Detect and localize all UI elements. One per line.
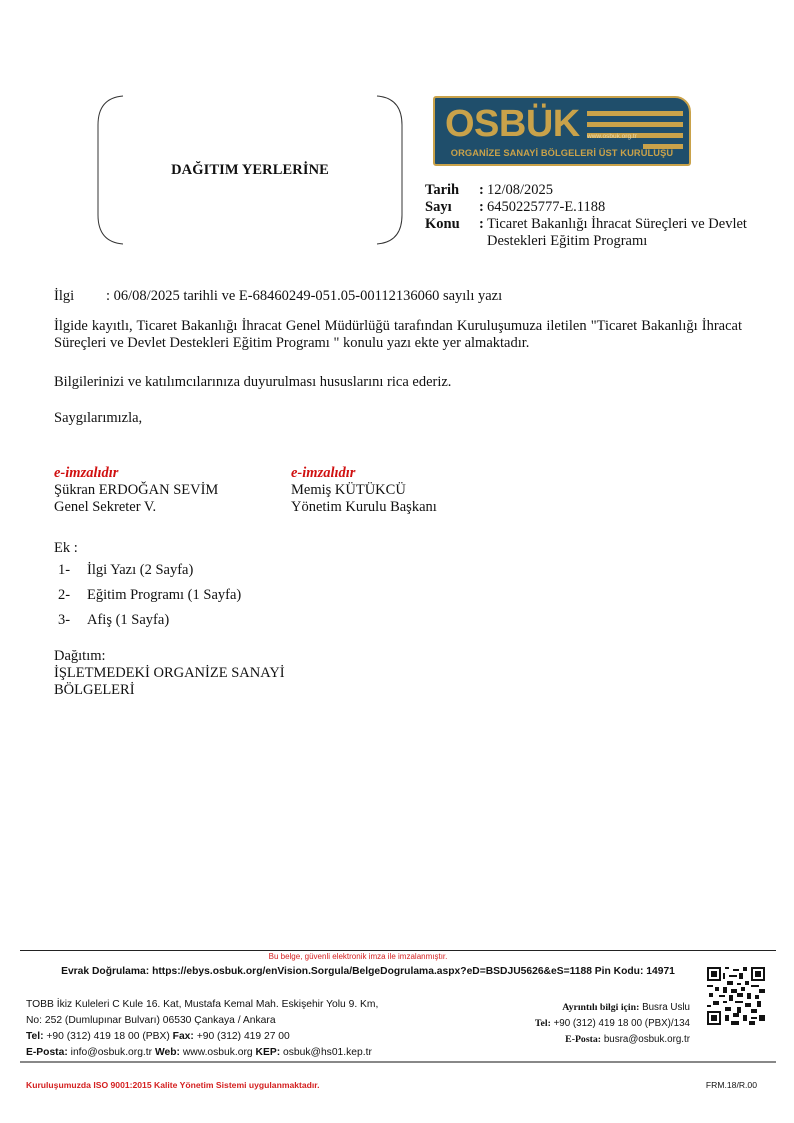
distribution-title: Dağıtım: bbox=[54, 648, 354, 665]
attachment-item: 2- Eğitim Programı (1 Sayfa) bbox=[54, 587, 241, 604]
attachments-title: Ek : bbox=[54, 540, 241, 557]
qr-code-icon bbox=[707, 967, 765, 1025]
attachment-item: 3- Afiş (1 Sayfa) bbox=[54, 612, 241, 629]
signer-title: Yönetim Kurulu Başkanı bbox=[291, 499, 528, 516]
meta-date: Tarih : 12/08/2025 bbox=[425, 182, 757, 199]
signer-name: Memiş KÜTÜKCÜ bbox=[291, 482, 528, 499]
contact-name: Busra Uslu bbox=[642, 1002, 690, 1013]
signer-title: Genel Sekreter V. bbox=[54, 499, 291, 516]
reference-label: İlgi bbox=[54, 288, 106, 305]
logo-url: www.osbuk.org.tr bbox=[587, 133, 637, 140]
attachments-list: Ek : 1- İlgi Yazı (2 Sayfa) 2- Eğitim Pr… bbox=[54, 540, 241, 637]
reference-value: : 06/08/2025 tarihli ve E-68460249-051.0… bbox=[106, 288, 502, 305]
reference-line: İlgi : 06/08/2025 tarihli ve E-68460249-… bbox=[54, 288, 742, 305]
document-meta: Tarih : 12/08/2025 Sayı : 6450225777-E.1… bbox=[425, 182, 757, 250]
attachment-item: 1- İlgi Yazı (2 Sayfa) bbox=[54, 562, 241, 579]
footer-address: TOBB İkiz Kuleleri C Kule 16. Kat, Musta… bbox=[26, 997, 378, 1061]
contact-tel: +90 (312) 419 18 00 (PBX)/134 bbox=[554, 1018, 690, 1029]
footer-phone-line: Tel: +90 (312) 419 18 00 (PBX) Fax: +90 … bbox=[26, 1029, 378, 1045]
form-code: FRM.18/R.00 bbox=[706, 1080, 757, 1090]
footer-email-link[interactable]: info@osbuk.org.tr bbox=[71, 1047, 152, 1058]
date-value: 12/08/2025 bbox=[487, 182, 757, 199]
footer-kep-link[interactable]: osbuk@hs01.kep.tr bbox=[283, 1047, 372, 1058]
e-signature-stamp: e-imzalıdır bbox=[54, 465, 291, 482]
contact-email[interactable]: busra@osbuk.org.tr bbox=[604, 1034, 690, 1045]
signature-2: e-imzalıdır Memiş KÜTÜKCÜ Yönetim Kurulu… bbox=[291, 465, 528, 516]
e-signature-stamp: e-imzalıdır bbox=[291, 465, 528, 482]
distribution-value: İŞLETMEDEKİ ORGANİZE SANAYİ BÖLGELERİ bbox=[54, 665, 354, 699]
osbuk-logo: OSBÜK www.osbuk.org.tr ORGANİZE SANAYİ B… bbox=[433, 96, 691, 166]
signer-name: Şükran ERDOĞAN SEVİM bbox=[54, 482, 291, 499]
subject-label: Konu bbox=[425, 216, 479, 250]
footer-bottom-divider bbox=[20, 1061, 776, 1063]
recipient-box: DAĞITIM YERLERİNE bbox=[97, 95, 403, 245]
signature-block: e-imzalıdır Şükran ERDOĞAN SEVİM Genel S… bbox=[54, 465, 528, 516]
e-signature-note: Bu belge, güvenli elektronik imza ile im… bbox=[0, 952, 716, 961]
logo-tagline: ORGANİZE SANAYİ BÖLGELERİ ÜST KURULUŞU bbox=[435, 148, 689, 158]
number-label: Sayı bbox=[425, 199, 479, 216]
body-paragraph-1: İlgide kayıtlı, Ticaret Bakanlığı İhraca… bbox=[54, 318, 742, 352]
closing-salutation: Saygılarımızla, bbox=[54, 410, 742, 427]
distribution: Dağıtım: İŞLETMEDEKİ ORGANİZE SANAYİ BÖL… bbox=[54, 648, 354, 699]
contact-person: Ayrıntılı bilgi için: Busra Uslu Tel: +9… bbox=[535, 1000, 690, 1048]
footer-web-link[interactable]: www.osbuk.org bbox=[183, 1047, 253, 1058]
footer-divider bbox=[20, 950, 776, 951]
verification-link[interactable]: Evrak Doğrulama: https://ebys.osbuk.org/… bbox=[20, 965, 716, 979]
footer-online-line: E-Posta: info@osbuk.org.tr Web: www.osbu… bbox=[26, 1045, 378, 1061]
signature-1: e-imzalıdır Şükran ERDOĞAN SEVİM Genel S… bbox=[54, 465, 291, 516]
recipient-title: DAĞITIM YERLERİNE bbox=[97, 162, 403, 179]
meta-subject: Konu : Ticaret Bakanlığı İhracat Süreçle… bbox=[425, 216, 757, 250]
number-value: 6450225777-E.1188 bbox=[487, 199, 757, 216]
date-label: Tarih bbox=[425, 182, 479, 199]
meta-number: Sayı : 6450225777-E.1188 bbox=[425, 199, 757, 216]
iso-note: Kuruluşumuzda ISO 9001:2015 Kalite Yönet… bbox=[26, 1080, 320, 1090]
subject-value: Ticaret Bakanlığı İhracat Süreçleri ve D… bbox=[487, 216, 757, 250]
logo-name: OSBÜK bbox=[445, 102, 580, 146]
body-paragraph-2: Bilgilerinizi ve katılımcılarınıza duyur… bbox=[54, 374, 742, 391]
